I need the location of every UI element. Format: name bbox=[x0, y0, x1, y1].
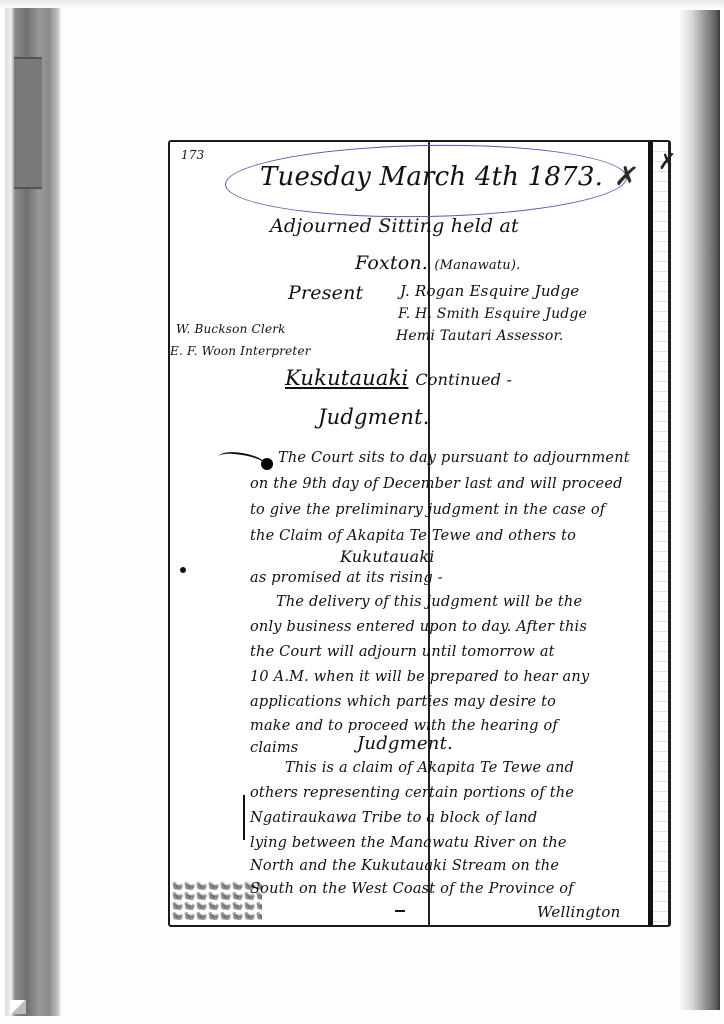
paragraph-2-line: only business entered upon to day. After… bbox=[250, 619, 587, 635]
paragraph-3-line: North and the Kukutauaki Stream on the bbox=[250, 858, 559, 874]
paragraph-3-line: This is a claim of Akapita Te Tewe and bbox=[285, 760, 574, 776]
paragraph-1-line: The Court sits to day pursuant to adjour… bbox=[278, 450, 630, 466]
paragraph-1-block-name: Kukutauaki bbox=[340, 547, 435, 566]
paragraph-3-end: Wellington bbox=[537, 903, 620, 921]
paragraph-1-line: on the 9th day of December last and will… bbox=[250, 476, 623, 492]
sitting-heading: Adjourned Sitting held at bbox=[270, 215, 519, 237]
judgment-heading-2: Judgment. bbox=[357, 733, 453, 754]
page-corner-curl bbox=[10, 1000, 26, 1014]
present-judge-2: F. H. Smith Esquire Judge bbox=[398, 306, 587, 322]
sitting-place: Foxton. (Manawatu). bbox=[355, 252, 520, 274]
paragraph-2-line: make and to proceed with the hearing of bbox=[250, 718, 558, 734]
margin-x-mark-icon: ✗ bbox=[613, 159, 641, 195]
paragraph-2-line: 10 A.M. when it will be prepared to hear… bbox=[250, 669, 589, 685]
place-name: Foxton. bbox=[355, 252, 428, 274]
paragraph-2-line: The delivery of this judgment will be th… bbox=[276, 594, 582, 610]
clerk-name: W. Buckson Clerk bbox=[176, 322, 286, 336]
paragraph-1-line: to give the preliminary judgment in the … bbox=[250, 502, 605, 518]
binding-tab bbox=[14, 57, 42, 189]
paragraph-3-line: lying between the Manawatu River on the bbox=[250, 835, 567, 851]
present-assessor: Hemi Tautari Assessor. bbox=[396, 328, 563, 344]
ink-dash bbox=[395, 910, 405, 912]
case-name: Kukutauaki bbox=[285, 366, 408, 390]
paragraph-2-line: claims bbox=[250, 740, 298, 756]
case-title: Kukutauaki Continued - bbox=[285, 366, 512, 390]
margin-bar bbox=[243, 795, 245, 840]
paragraph-2-line: the Court will adjourn until tomorrow at bbox=[250, 644, 555, 660]
paragraph-1-line: the Claim of Akapita Te Tewe and others … bbox=[250, 528, 576, 544]
judgment-heading: Judgment. bbox=[318, 405, 430, 429]
present-label: Present bbox=[288, 282, 363, 304]
paragraph-2-line: applications which parties may desire to bbox=[250, 694, 556, 710]
sitting-date: Tuesday March 4th 1873. bbox=[260, 162, 603, 192]
paragraph-3-line: South on the West Coast of the Province … bbox=[250, 881, 574, 897]
paragraph-1-line: as promised at its rising - bbox=[250, 570, 443, 586]
scan-speckle bbox=[172, 880, 262, 920]
fore-edge-x-mark-icon: ✗ bbox=[658, 150, 676, 175]
paragraph-3-line: Ngatiraukawa Tribe to a block of land bbox=[250, 810, 537, 826]
scan-top-edge bbox=[0, 0, 724, 8]
case-continued: Continued - bbox=[415, 370, 512, 389]
page-fore-edge bbox=[648, 142, 670, 925]
interpreter-name: E. F. Woon Interpreter bbox=[170, 344, 311, 358]
ink-dot bbox=[261, 458, 273, 470]
place-note: (Manawatu). bbox=[434, 258, 520, 273]
present-judge-1: J. Rogan Esquire Judge bbox=[400, 282, 579, 300]
page-number: 173 bbox=[181, 148, 205, 162]
ink-blot bbox=[180, 567, 186, 573]
paragraph-3-line: others representing certain portions of … bbox=[250, 785, 574, 801]
right-edge-shadow bbox=[680, 10, 720, 1010]
